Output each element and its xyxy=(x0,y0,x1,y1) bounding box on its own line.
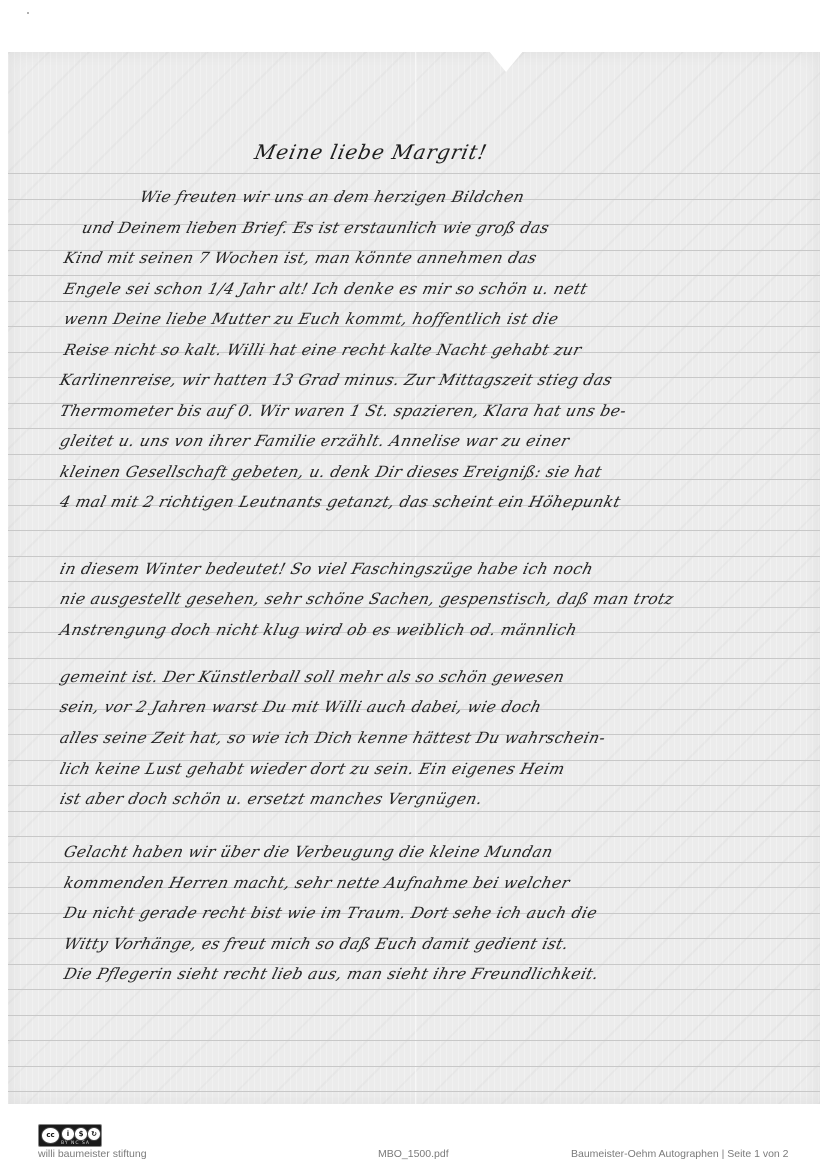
letter-line: lich keine Lust gehabt wieder dort zu se… xyxy=(58,760,567,778)
letter-line: 4 mal mit 2 richtigen Leutnants getanzt,… xyxy=(58,493,623,511)
ruled-line xyxy=(8,275,820,276)
letter-line: kleinen Gesellschaft gebeten, u. denk Di… xyxy=(58,463,604,481)
letter-line: Anstrengung doch nicht klug wird ob es w… xyxy=(58,621,579,639)
scan-speck xyxy=(27,12,29,14)
letter-line: Engele sei schon 1/4 Jahr alt! Ich denke… xyxy=(62,280,589,298)
letter-line: Wie freuten wir uns an dem herzigen Bild… xyxy=(138,188,526,206)
by-attribution-icon: i xyxy=(61,1127,75,1141)
ruled-line xyxy=(8,1040,820,1041)
letter-line: gemeint ist. Der Künstlerball soll mehr … xyxy=(58,668,567,686)
letter-line: kommenden Herren macht, sehr nette Aufna… xyxy=(62,874,572,892)
sharealike-icon: ↻ xyxy=(87,1127,101,1141)
letter-line: Reise nicht so kalt. Willi hat eine rech… xyxy=(62,341,584,359)
letter-line: Kind mit seinen 7 Wochen ist, man könnte… xyxy=(62,249,539,267)
ruled-line xyxy=(8,658,820,659)
letter-line: Gelacht haben wir über die Verbeugung di… xyxy=(62,843,555,861)
ruled-line xyxy=(8,785,820,786)
ruled-line xyxy=(8,454,820,455)
ruled-line xyxy=(8,836,820,837)
filename-label: MBO_1500.pdf xyxy=(378,1148,449,1160)
letter-line: nie ausgestellt gesehen, sehr schöne Sac… xyxy=(58,590,676,608)
ruled-line xyxy=(8,1091,820,1092)
letter-line: alles seine Zeit hat, so wie ich Dich ke… xyxy=(58,729,607,747)
letter-line: und Deinem lieben Brief. Es ist erstaunl… xyxy=(80,219,551,237)
paper-tear-notch xyxy=(488,50,524,72)
letter-line: Thermometer bis auf 0. Wir waren 1 St. s… xyxy=(58,402,628,420)
letter-line: Die Pflegerin sieht recht lieb aus, man … xyxy=(62,965,601,983)
ruled-line xyxy=(8,1066,820,1067)
ruled-line xyxy=(8,1015,820,1016)
page-footer: cc i $ ↻ BY NC SA willi baumeister stift… xyxy=(0,1120,826,1169)
ruled-line xyxy=(8,581,820,582)
noncommercial-icon: $ xyxy=(74,1127,88,1141)
letter-line: gleitet u. uns von ihrer Familie erzählt… xyxy=(58,432,571,450)
letter-line: Karlinenreise, wir hatten 13 Grad minus.… xyxy=(58,371,614,389)
ruled-line xyxy=(8,173,820,174)
letter-line: wenn Deine liebe Mutter zu Euch kommt, h… xyxy=(62,310,561,328)
letter-line: ist aber doch schön u. ersetzt manches V… xyxy=(58,790,485,808)
cc-logo-icon: cc xyxy=(41,1127,60,1144)
cc-by-nc-sa-icon[interactable]: cc i $ ↻ BY NC SA xyxy=(38,1124,102,1147)
publisher-label: willi baumeister stiftung xyxy=(38,1148,147,1160)
ruled-line xyxy=(8,811,820,812)
letter-line: in diesem Winter bedeutet! So viel Fasch… xyxy=(58,560,595,578)
ruled-line xyxy=(8,301,820,302)
ruled-line xyxy=(8,862,820,863)
letter-line: Du nicht gerade recht bist wie im Traum.… xyxy=(62,904,599,922)
letter-salutation: Meine liebe Margrit! xyxy=(252,140,489,164)
ruled-line xyxy=(8,530,820,531)
letter-line: sein, vor 2 Jahren warst Du mit Willi au… xyxy=(58,698,543,716)
letter-line: Witty Vorhänge, es freut mich so daß Euc… xyxy=(62,935,571,953)
ruled-line xyxy=(8,989,820,990)
collection-page-label: Baumeister-Oehm Autographen | Seite 1 vo… xyxy=(571,1148,789,1160)
ruled-line xyxy=(8,556,820,557)
license-terms-label: BY NC SA xyxy=(61,1141,90,1146)
ruled-line xyxy=(8,428,820,429)
